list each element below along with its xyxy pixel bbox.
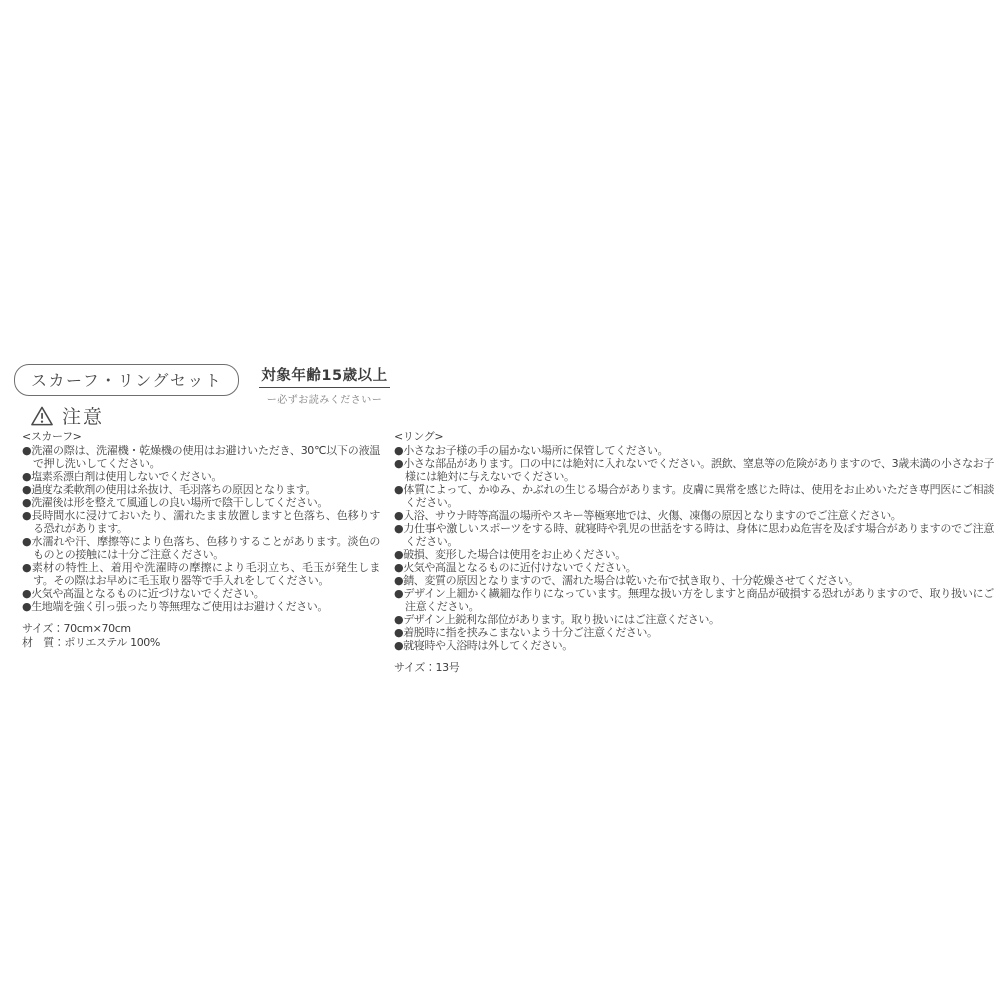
caution-label: 注意 bbox=[62, 402, 104, 429]
scarf-note-item: ●長時間水に浸けておいたり、濡れたまま放置しますと色落ち、色移りする恐れがありま… bbox=[22, 509, 380, 535]
product-title-badge: スカーフ・リングセット bbox=[14, 364, 239, 396]
ring-note-item: ●小さなお子様の手の届かない場所に保管してください。 bbox=[394, 444, 994, 457]
warning-icon bbox=[30, 405, 54, 427]
scarf-notes-list: ●洗濯の際は、洗濯機・乾燥機の使用はお避けいただき、30℃以下の液温で押し洗いし… bbox=[22, 444, 380, 613]
scarf-note-item: ●過度な柔軟剤の使用は糸抜け、毛羽落ちの原因となります。 bbox=[22, 483, 380, 496]
ring-note-item: ●体質によって、かゆみ、かぶれの生じる場合があります。皮膚に異常を感じた時は、使… bbox=[394, 483, 994, 509]
scarf-note-item: ●洗濯後は形を整えて風通しの良い場所で陰干ししてください。 bbox=[22, 496, 380, 509]
caution-heading: 注意 bbox=[30, 402, 104, 429]
scarf-section-label: <スカーフ> bbox=[22, 430, 380, 443]
scarf-note-item: ●塩素系漂白剤は使用しないでください。 bbox=[22, 470, 380, 483]
scarf-note-item: ●水濡れや汗、摩擦等により色落ち、色移りすることがあります。淡色のものとの接触に… bbox=[22, 535, 380, 561]
scarf-section: <スカーフ> ●洗濯の際は、洗濯機・乾燥機の使用はお避けいただき、30℃以下の液… bbox=[22, 430, 380, 650]
ring-section: <リング> ●小さなお子様の手の届かない場所に保管してください。●小さな部品があ… bbox=[394, 430, 994, 675]
scarf-spec-block: サイズ：70cm×70cm 材 質：ポリエステル 100% bbox=[22, 622, 380, 650]
ring-note-item: ●火気や高温となるものに近付けないでください。 bbox=[394, 561, 994, 574]
ring-spec-block: サイズ：13号 bbox=[394, 661, 994, 675]
scarf-material-label: 材 質：ポリエステル 100% bbox=[22, 636, 380, 650]
scarf-note-item: ●洗濯の際は、洗濯機・乾燥機の使用はお避けいただき、30℃以下の液温で押し洗いし… bbox=[22, 444, 380, 470]
ring-note-item: ●小さな部品があります。口の中には絶対に入れないでください。誤飲、窒息等の危険が… bbox=[394, 457, 994, 483]
care-instructions-page: スカーフ・リングセット 対象年齢15歳以上 ー必ずお読みくださいー 注意 <スカ… bbox=[0, 0, 1000, 1000]
ring-note-item: ●デザイン上細かく繊細な作りになっています。無理な扱い方をしますと商品が破損する… bbox=[394, 587, 994, 613]
ring-note-item: ●就寝時や入浴時は外してください。 bbox=[394, 639, 994, 652]
ring-section-label: <リング> bbox=[394, 430, 994, 443]
ring-note-item: ●デザイン上鋭利な部位があります。取り扱いにはご注意ください。 bbox=[394, 613, 994, 626]
ring-notes-list: ●小さなお子様の手の届かない場所に保管してください。●小さな部品があります。口の… bbox=[394, 444, 994, 652]
ring-note-item: ●入浴、サウナ時等高温の場所やスキー等極寒地では、火傷、凍傷の原因となりますので… bbox=[394, 509, 994, 522]
page-header: スカーフ・リングセット 対象年齢15歳以上 ー必ずお読みくださいー bbox=[14, 364, 390, 406]
ring-note-item: ●破損、変形した場合は使用をお止めください。 bbox=[394, 548, 994, 561]
scarf-note-item: ●素材の特性上、着用や洗濯時の摩擦により毛羽立ち、毛玉が発生します。その際はお早… bbox=[22, 561, 380, 587]
age-notice-label: 対象年齢15歳以上 bbox=[259, 364, 389, 388]
scarf-note-item: ●火気や高温となるものに近づけないでください。 bbox=[22, 587, 380, 600]
age-notice-block: 対象年齢15歳以上 ー必ずお読みくださいー bbox=[259, 364, 389, 406]
scarf-size-label: サイズ：70cm×70cm bbox=[22, 622, 380, 636]
product-title-label: スカーフ・リングセット bbox=[31, 371, 222, 390]
ring-size-label: サイズ：13号 bbox=[394, 661, 994, 675]
ring-note-item: ●力仕事や激しいスポーツをする時、就寝時や乳児の世話をする時は、身体に思わぬ危害… bbox=[394, 522, 994, 548]
age-notice-subtext: ー必ずお読みくださいー bbox=[259, 391, 389, 406]
ring-note-item: ●錆、変質の原因となりますので、濡れた場合は乾いた布で拭き取り、十分乾燥させてく… bbox=[394, 574, 994, 587]
ring-note-item: ●着脱時に指を挟みこまないよう十分ご注意ください。 bbox=[394, 626, 994, 639]
scarf-note-item: ●生地端を強く引っ張ったり等無理なご使用はお避けください。 bbox=[22, 600, 380, 613]
